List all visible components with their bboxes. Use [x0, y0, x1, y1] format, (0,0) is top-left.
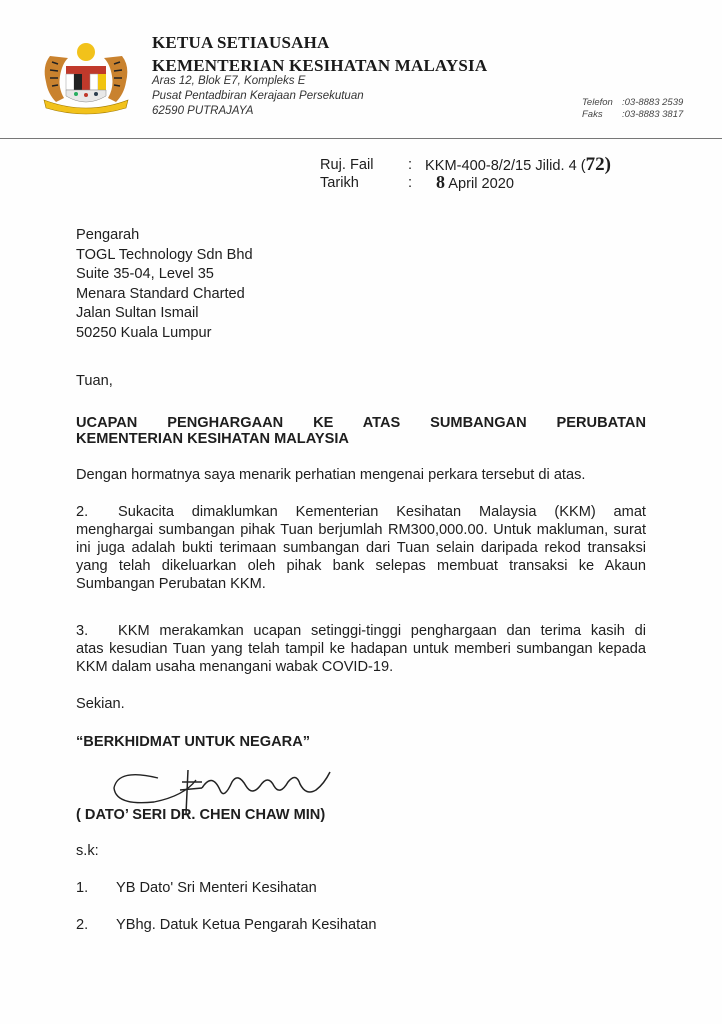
- letterhead-divider: [0, 138, 722, 139]
- subject-line2: KEMENTERIAN KESIHATAN MALAYSIA: [76, 430, 349, 448]
- ruj-fail-number: KKM-400-8/2/15 Jilid. 4 (: [425, 158, 586, 174]
- letterhead-title-line1: KETUA SETIAUSAHA: [152, 33, 330, 53]
- motto: “BERKHIDMAT UNTUK NEGARA”: [76, 733, 310, 751]
- paragraph-3-body: atas kesudian Tuan yang telah tampil ke …: [76, 640, 646, 676]
- tarikh-day-handwritten: 8: [436, 172, 445, 192]
- paragraph-2-first-line: Sukacita dimaklumkan Kementerian Kesihat…: [118, 503, 646, 521]
- ruj-fail-label: Ruj. Fail: [320, 156, 374, 174]
- letterhead-title-line2: KEMENTERIAN KESIHATAN MALAYSIA: [152, 56, 487, 76]
- cc-item-1-number: 1.: [76, 879, 88, 897]
- ruj-colon: :: [408, 156, 412, 174]
- cc-item-1-text: YB Dato' Sri Menteri Kesihatan: [116, 879, 317, 897]
- cc-label: s.k:: [76, 842, 99, 860]
- tarikh-month-year: April 2020: [448, 176, 514, 192]
- letterhead-address-line3: 62590 PUTRAJAYA: [152, 105, 253, 117]
- tarikh-value: 8 April 2020: [436, 173, 514, 193]
- recipient-line: Pengarah: [76, 226, 253, 246]
- cc-item-2-number: 2.: [76, 916, 88, 934]
- tarikh-label: Tarikh: [320, 174, 359, 192]
- recipient-address: Pengarah TOGL Technology Sdn Bhd Suite 3…: [76, 226, 253, 344]
- recipient-line: 50250 Kuala Lumpur: [76, 324, 253, 344]
- tarikh-colon: :: [408, 174, 412, 192]
- recipient-line: Menara Standard Charted: [76, 285, 253, 305]
- paragraph-2-body: menghargai sumbangan pihak Tuan berjumla…: [76, 521, 646, 593]
- recipient-line: Suite 35-04, Level 35: [76, 265, 253, 285]
- paragraph-1: Dengan hormatnya saya menarik perhatian …: [76, 466, 585, 484]
- paragraph-3-first-line: KKM merakamkan ucapan setinggi-tinggi pe…: [118, 622, 646, 640]
- recipient-line: TOGL Technology Sdn Bhd: [76, 246, 253, 266]
- faks-label: Faks: [582, 109, 603, 120]
- coat-of-arms-icon: [36, 38, 136, 118]
- faks-value: :03-8883 3817: [622, 109, 683, 120]
- letterhead-address-line2: Pusat Pentadbiran Kerajaan Persekutuan: [152, 90, 364, 102]
- telefon-label: Telefon: [582, 97, 613, 108]
- cc-item-2-text: YBhg. Datuk Ketua Pengarah Kesihatan: [116, 916, 376, 934]
- signatory-name: ( DATO’ SERI DR. CHEN CHAW MIN): [76, 806, 325, 824]
- ruj-fail-handwritten: 72): [586, 154, 611, 175]
- recipient-line: Jalan Sultan Ismail: [76, 304, 253, 324]
- paragraph-3-number: 3.: [76, 622, 88, 640]
- paragraph-2-number: 2.: [76, 503, 88, 521]
- telefon-value: :03-8883 2539: [622, 97, 683, 108]
- letterhead-address-line1: Aras 12, Blok E7, Kompleks E: [152, 75, 305, 87]
- salutation: Tuan,: [76, 372, 113, 390]
- sekian: Sekian.: [76, 695, 125, 713]
